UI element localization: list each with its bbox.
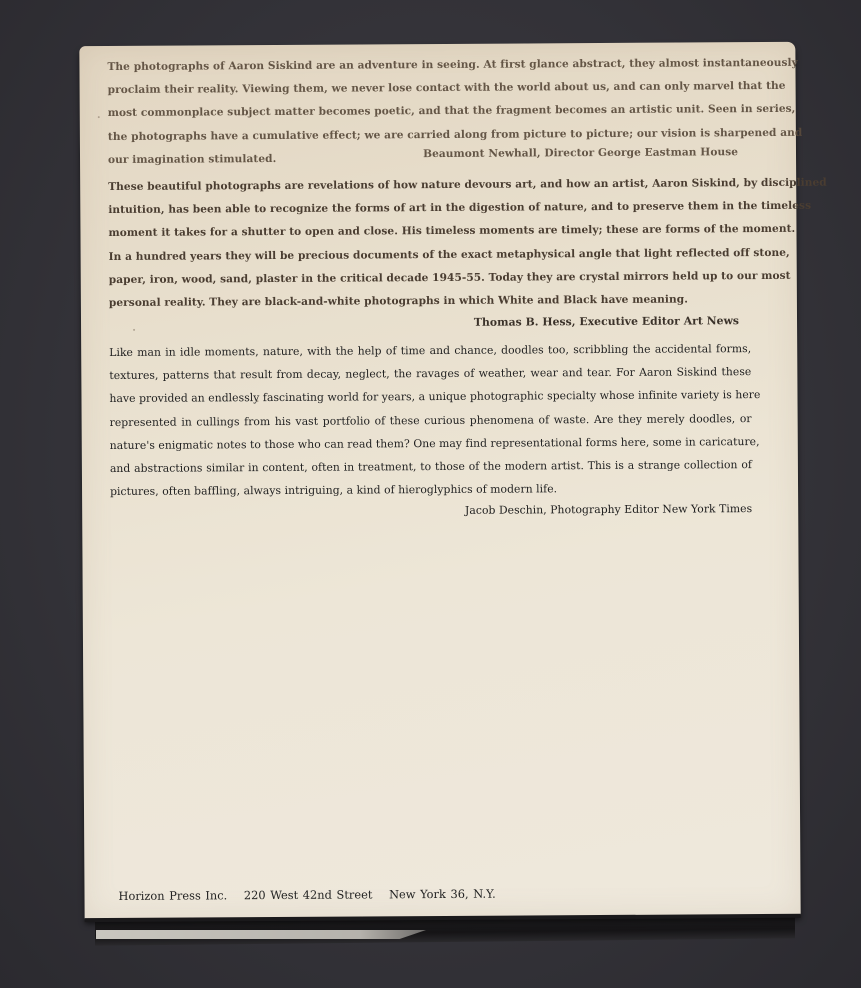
blurb-line: and abstractions similar in content, oft…: [110, 453, 752, 480]
blurb-hess: These beautiful photographs are revelati…: [108, 172, 739, 336]
publisher-imprint: Horizon Press Inc. 220 West 42nd Street …: [118, 887, 507, 903]
blurb-newhall: The photographs of Aaron Siskind are an …: [107, 52, 738, 172]
blurb-line: our imagination stimulated.Beaumont Newh…: [108, 145, 738, 172]
blurb-deschin: Like man in idle moments, nature, with t…: [109, 337, 752, 525]
blurb-line: moment it takes for a shutter to open an…: [108, 219, 738, 246]
attribution-newhall: Beaumont Newhall, Director George Eastma…: [423, 141, 738, 166]
publisher-address: 220 West 42nd Street: [244, 887, 373, 902]
paper-speck: [133, 329, 135, 331]
blurb-line-text: our imagination stimulated.: [108, 153, 276, 166]
publisher-city: New York 36, N.Y.: [389, 887, 496, 902]
blurb-line: have provided an endlessly fascinating w…: [109, 384, 751, 411]
paper-speck: [257, 400, 259, 402]
book-page-edge: [96, 930, 426, 939]
book-back-cover: The photographs of Aaron Siskind are an …: [79, 42, 800, 920]
paper-speck: [98, 116, 100, 118]
blurb-line: most commonplace subject matter becomes …: [108, 99, 738, 126]
publisher-name: Horizon Press Inc.: [118, 888, 227, 903]
